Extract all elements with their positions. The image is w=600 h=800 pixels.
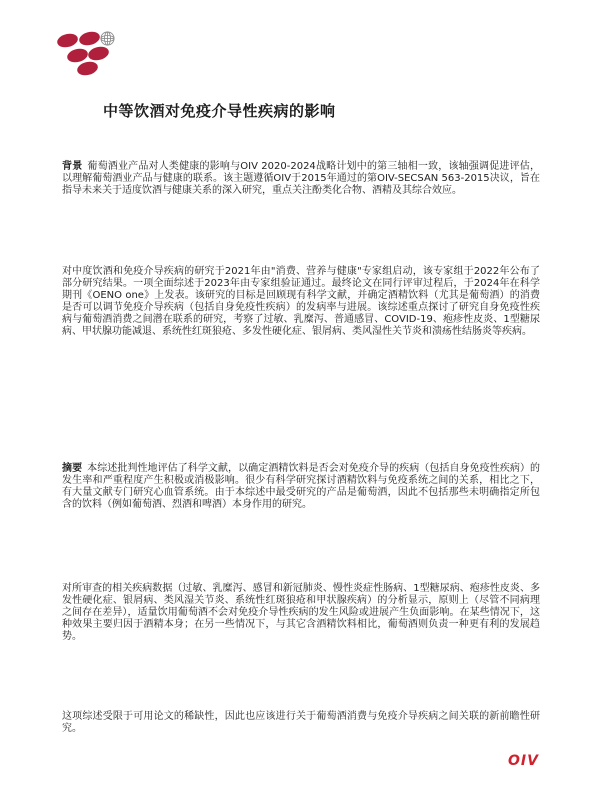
paragraph-label: 背景 bbox=[62, 161, 82, 172]
grape-berry-icon bbox=[87, 45, 111, 63]
grape-berry-icon bbox=[76, 60, 100, 78]
paragraph-abstract: 摘要本综述批判性地评估了科学文献，以确定酒精饮料是否会对免疫介导的疾病（包括自身… bbox=[62, 463, 540, 511]
paragraph-limitations: 这项综述受限于可用论文的稀缺性，因此也应该进行关于葡萄酒消费与免疫介导疾病之间关… bbox=[62, 711, 540, 735]
paragraph-background: 背景葡萄酒业产品对人类健康的影响与OIV 2020-2024战略计划中的第三轴相… bbox=[62, 161, 540, 197]
paragraph-text: 这项综述受限于可用论文的稀缺性，因此也应该进行关于葡萄酒消费与免疫介导疾病之间关… bbox=[62, 711, 540, 734]
grape-berry-icon bbox=[78, 30, 102, 48]
paragraph-text: 对所审查的相关疾病数据（过敏、乳糜泻、感冒和新冠肺炎、慢性炎症性肠病、1型糖尿病… bbox=[62, 583, 540, 642]
paragraph-study-history: 对中度饮酒和免疫介导疾病的研究于2021年由"消费、营养与健康"专家组启动，该专… bbox=[62, 266, 540, 338]
paragraph-findings: 对所审查的相关疾病数据（过敏、乳糜泻、感冒和新冠肺炎、慢性炎症性肠病、1型糖尿病… bbox=[62, 583, 540, 643]
grape-berry-icon bbox=[56, 32, 80, 50]
grape-cluster-globe-logo bbox=[56, 30, 120, 78]
paragraph-text: 对中度饮酒和免疫介导疾病的研究于2021年由"消费、营养与健康"专家组启动，该专… bbox=[62, 266, 540, 337]
globe-icon bbox=[100, 31, 115, 46]
paragraph-text: 葡萄酒业产品对人类健康的影响与OIV 2020-2024战略计划中的第三轴相一致… bbox=[62, 161, 540, 196]
paragraph-label: 摘要 bbox=[62, 463, 82, 474]
oiv-wordmark: OIV bbox=[508, 753, 539, 769]
page-title: 中等饮酒对免疫介导性疾病的影响 bbox=[103, 100, 336, 121]
paragraph-text: 本综述批判性地评估了科学文献，以确定酒精饮料是否会对免疫介导的疾病（包括自身免疫… bbox=[62, 463, 540, 510]
document-page: 中等饮酒对免疫介导性疾病的影响 背景葡萄酒业产品对人类健康的影响与OIV 202… bbox=[0, 0, 600, 800]
